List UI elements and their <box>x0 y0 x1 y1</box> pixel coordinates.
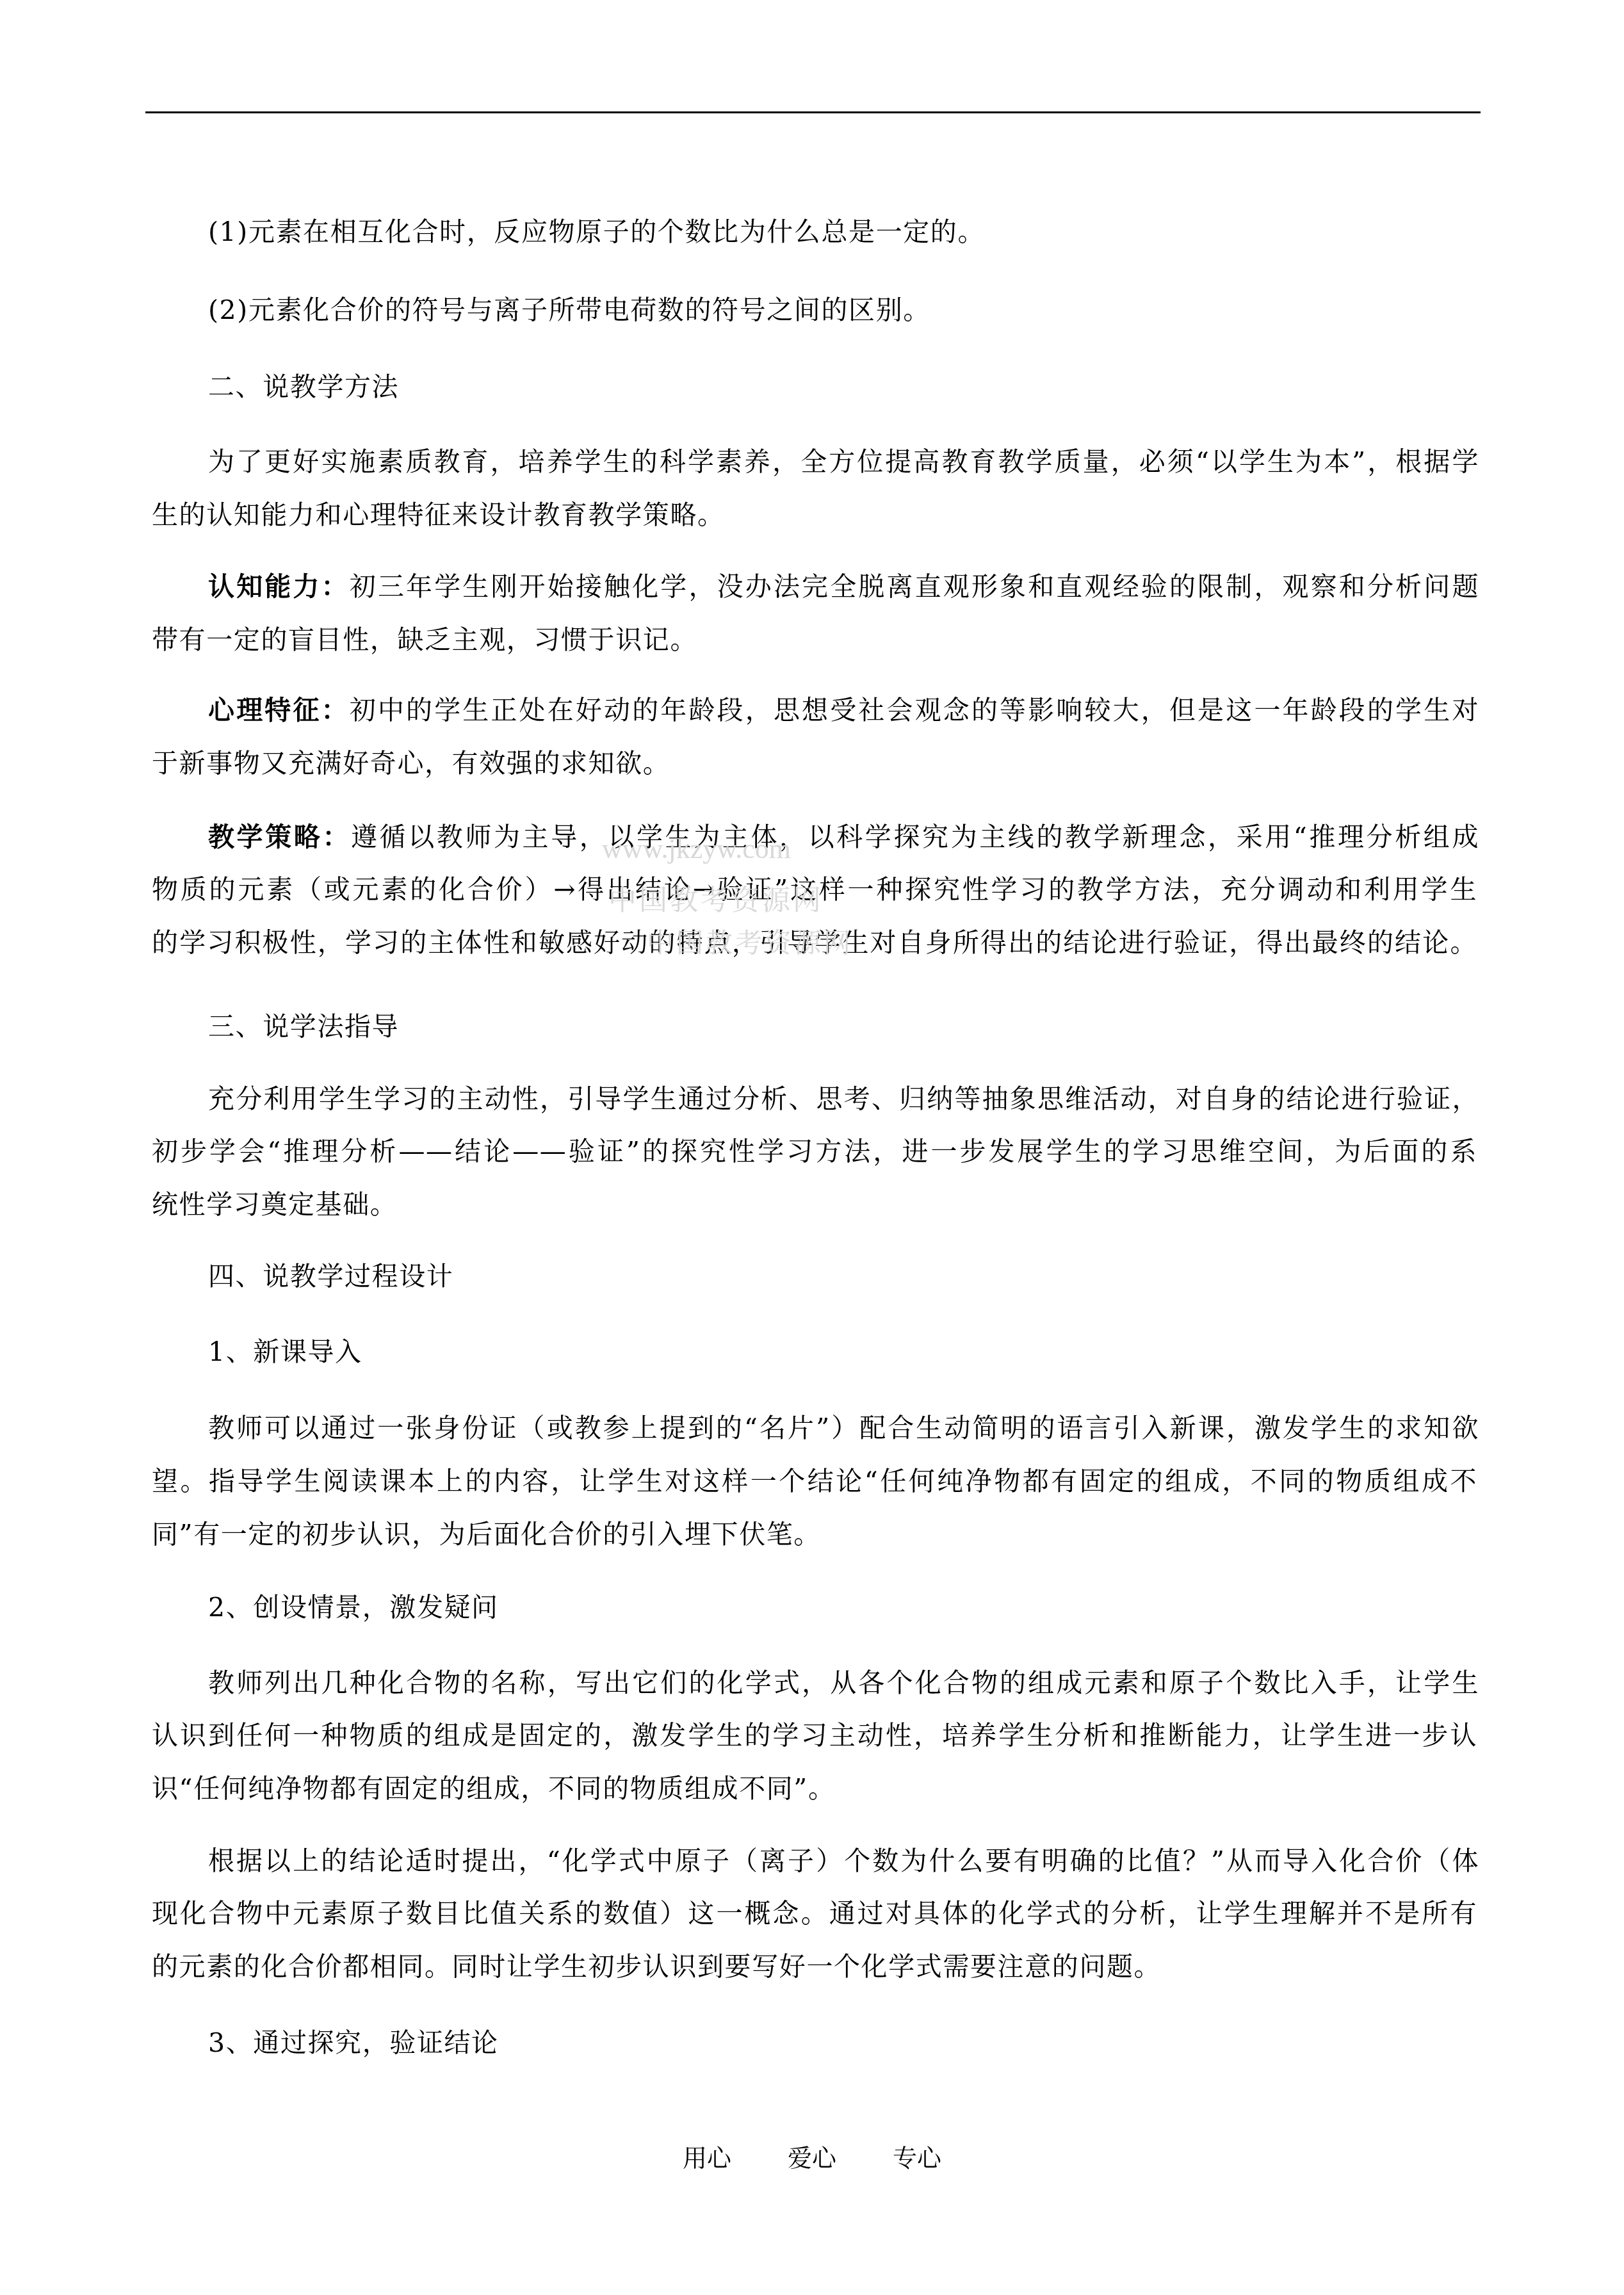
paragraph-label: 教学策略： <box>208 822 351 852</box>
footer-motto-3: 专心 <box>893 2144 941 2172</box>
paragraph-line: 三、说学法指导 <box>208 1011 1479 1042</box>
line-text: (2)元素化合价的符号与离子所带电荷数的符号之间的区别。 <box>208 295 930 325</box>
line-text: 生的认知能力和心理特征来设计教育教学策略。 <box>152 499 725 530</box>
paragraph-line: 根据以上的结论适时提出，“化学式中原子（离子）个数为什么要有明确的比值？”从而导… <box>208 1845 1479 1876</box>
paragraph-line: 的元素的化合价都相同。同时让学生初步认识到要写好一个化学式需要注意的问题。 <box>152 1951 1477 1982</box>
paragraph-line: 3、通过探究，验证结论 <box>208 2027 1479 2058</box>
paragraph-line: 生的认知能力和心理特征来设计教育教学策略。 <box>152 499 1477 530</box>
paragraph-line: 带有一定的盲目性，缺乏主观，习惯于识记。 <box>152 624 1477 655</box>
line-text: 为了更好实施素质教育，培养学生的科学素养，全方位提高教育教学质量，必须“以学生为… <box>208 446 1479 477</box>
paragraph-line: 四、说教学过程设计 <box>208 1261 1479 1292</box>
paragraph-line: 初步学会“推理分析——结论——验证”的探究性学习方法，进一步发展学生的学习思维空… <box>152 1136 1477 1167</box>
line-text: 带有一定的盲目性，缺乏主观，习惯于识记。 <box>152 624 697 655</box>
line-text: 1、新课导入 <box>208 1336 362 1367</box>
paragraph-line: 二、说教学方法 <box>208 371 1479 402</box>
paragraph-line: 教师可以通过一张身份证（或教参上提到的“名片”）配合生动简明的语言引入新课，激发… <box>208 1413 1479 1443</box>
paragraph-line: 统性学习奠定基础。 <box>152 1189 1477 1220</box>
paragraph-line: 1、新课导入 <box>208 1336 1479 1367</box>
paragraph-line: 教师列出几种化合物的名称，写出它们的化学式，从各个化合物的组成元素和原子个数比入… <box>208 1667 1479 1698</box>
paragraph-line: 认识到任何一种物质的组成是固定的，激发学生的学习主动性，培养学生分析和推断能力，… <box>152 1720 1477 1751</box>
line-text: 物质的元素（或元素的化合价）→得出结论→验证”这样一种探究性学习的教学方法，充分… <box>152 874 1477 905</box>
line-text: 于新事物又充满好奇心，有效强的求知欲。 <box>152 748 670 779</box>
line-text: 望。指导学生阅读课本上的内容，让学生对这样一个结论“任何纯净物都有固定的组成，不… <box>152 1466 1477 1496</box>
line-text: 现化合物中元素原子数目比值关系的数值）这一概念。通过对具体的化学式的分析，让学生… <box>152 1898 1477 1929</box>
line-text: 初中的学生正处在好动的年龄段，思想受社会观念的等影响较大，但是这一年龄段的学生对 <box>350 695 1479 726</box>
paragraph-line: 物质的元素（或元素的化合价）→得出结论→验证”这样一种探究性学习的教学方法，充分… <box>152 874 1477 905</box>
paragraph-line: 同”有一定的初步认识，为后面化合价的引入埋下伏笔。 <box>152 1519 1477 1550</box>
paragraph-line: 望。指导学生阅读课本上的内容，让学生对这样一个结论“任何纯净物都有固定的组成，不… <box>152 1466 1477 1496</box>
paragraph-line: (2)元素化合价的符号与离子所带电荷数的符号之间的区别。 <box>208 295 1479 325</box>
footer-motto-1: 用心 <box>683 2144 731 2172</box>
line-text: 初步学会“推理分析——结论——验证”的探究性学习方法，进一步发展学生的学习思维空… <box>152 1136 1477 1167</box>
paragraph-line: 为了更好实施素质教育，培养学生的科学素养，全方位提高教育教学质量，必须“以学生为… <box>208 446 1479 477</box>
page-footer: 用心 爱心 专心 <box>0 2144 1624 2172</box>
paragraph-line: 2、创设情景，激发疑问 <box>208 1592 1479 1623</box>
line-text: 根据以上的结论适时提出，“化学式中原子（离子）个数为什么要有明确的比值？”从而导… <box>208 1845 1479 1876</box>
header-rule <box>145 111 1481 113</box>
paragraph-line: 的学习积极性，学习的主体性和敏感好动的特点，引导学生对自身所得出的结论进行验证，… <box>152 927 1477 958</box>
labeled-paragraph-line: 心理特征：初中的学生正处在好动的年龄段，思想受社会观念的等影响较大，但是这一年龄… <box>208 695 1479 726</box>
line-text: 3、通过探究，验证结论 <box>208 2027 499 2058</box>
line-text: 统性学习奠定基础。 <box>152 1189 397 1220</box>
line-text: 的学习积极性，学习的主体性和敏感好动的特点，引导学生对自身所得出的结论进行验证，… <box>152 927 1477 958</box>
footer-motto-2: 爱心 <box>788 2144 836 2172</box>
line-text: 三、说学法指导 <box>208 1011 399 1042</box>
line-text: 四、说教学过程设计 <box>208 1261 453 1292</box>
paragraph-line: 现化合物中元素原子数目比值关系的数值）这一概念。通过对具体的化学式的分析，让学生… <box>152 1898 1477 1929</box>
line-text: 的元素的化合价都相同。同时让学生初步认识到要写好一个化学式需要注意的问题。 <box>152 1951 1161 1982</box>
paragraph-label: 心理特征： <box>208 695 350 726</box>
paragraph-line: 识“任何纯净物都有固定的组成，不同的物质组成不同”。 <box>152 1773 1477 1804</box>
line-text: 充分利用学生学习的主动性，引导学生通过分析、思考、归纳等抽象思维活动，对自身的结… <box>208 1083 1479 1114</box>
paragraph-label: 认知能力： <box>208 571 350 602</box>
labeled-paragraph-line: 认知能力：初三年学生刚开始接触化学，没办法完全脱离直观形象和直观经验的限制，观察… <box>208 571 1479 602</box>
line-text: 识“任何纯净物都有固定的组成，不同的物质组成不同”。 <box>152 1773 836 1804</box>
paragraph-line: 于新事物又充满好奇心，有效强的求知欲。 <box>152 748 1477 779</box>
line-text: 教师列出几种化合物的名称，写出它们的化学式，从各个化合物的组成元素和原子个数比入… <box>208 1667 1479 1698</box>
line-text: 同”有一定的初步认识，为后面化合价的引入埋下伏笔。 <box>152 1519 821 1550</box>
line-text: 二、说教学方法 <box>208 371 399 402</box>
line-text: (1)元素在相互化合时，反应物原子的个数比为什么总是一定的。 <box>208 216 985 247</box>
paragraph-line: (1)元素在相互化合时，反应物原子的个数比为什么总是一定的。 <box>208 216 1479 247</box>
line-text: 初三年学生刚开始接触化学，没办法完全脱离直观形象和直观经验的限制，观察和分析问题 <box>350 571 1479 602</box>
labeled-paragraph-line: 教学策略：遵循以教师为主导，以学生为主体，以科学探究为主线的教学新理念，采用“推… <box>208 822 1479 852</box>
paragraph-line: 充分利用学生学习的主动性，引导学生通过分析、思考、归纳等抽象思维活动，对自身的结… <box>208 1083 1479 1114</box>
line-text: 遵循以教师为主导，以学生为主体，以科学探究为主线的教学新理念，采用“推理分析组成 <box>351 822 1479 852</box>
line-text: 2、创设情景，激发疑问 <box>208 1592 499 1623</box>
line-text: 认识到任何一种物质的组成是固定的，激发学生的学习主动性，培养学生分析和推断能力，… <box>152 1720 1477 1751</box>
line-text: 教师可以通过一张身份证（或教参上提到的“名片”）配合生动简明的语言引入新课，激发… <box>208 1413 1479 1443</box>
